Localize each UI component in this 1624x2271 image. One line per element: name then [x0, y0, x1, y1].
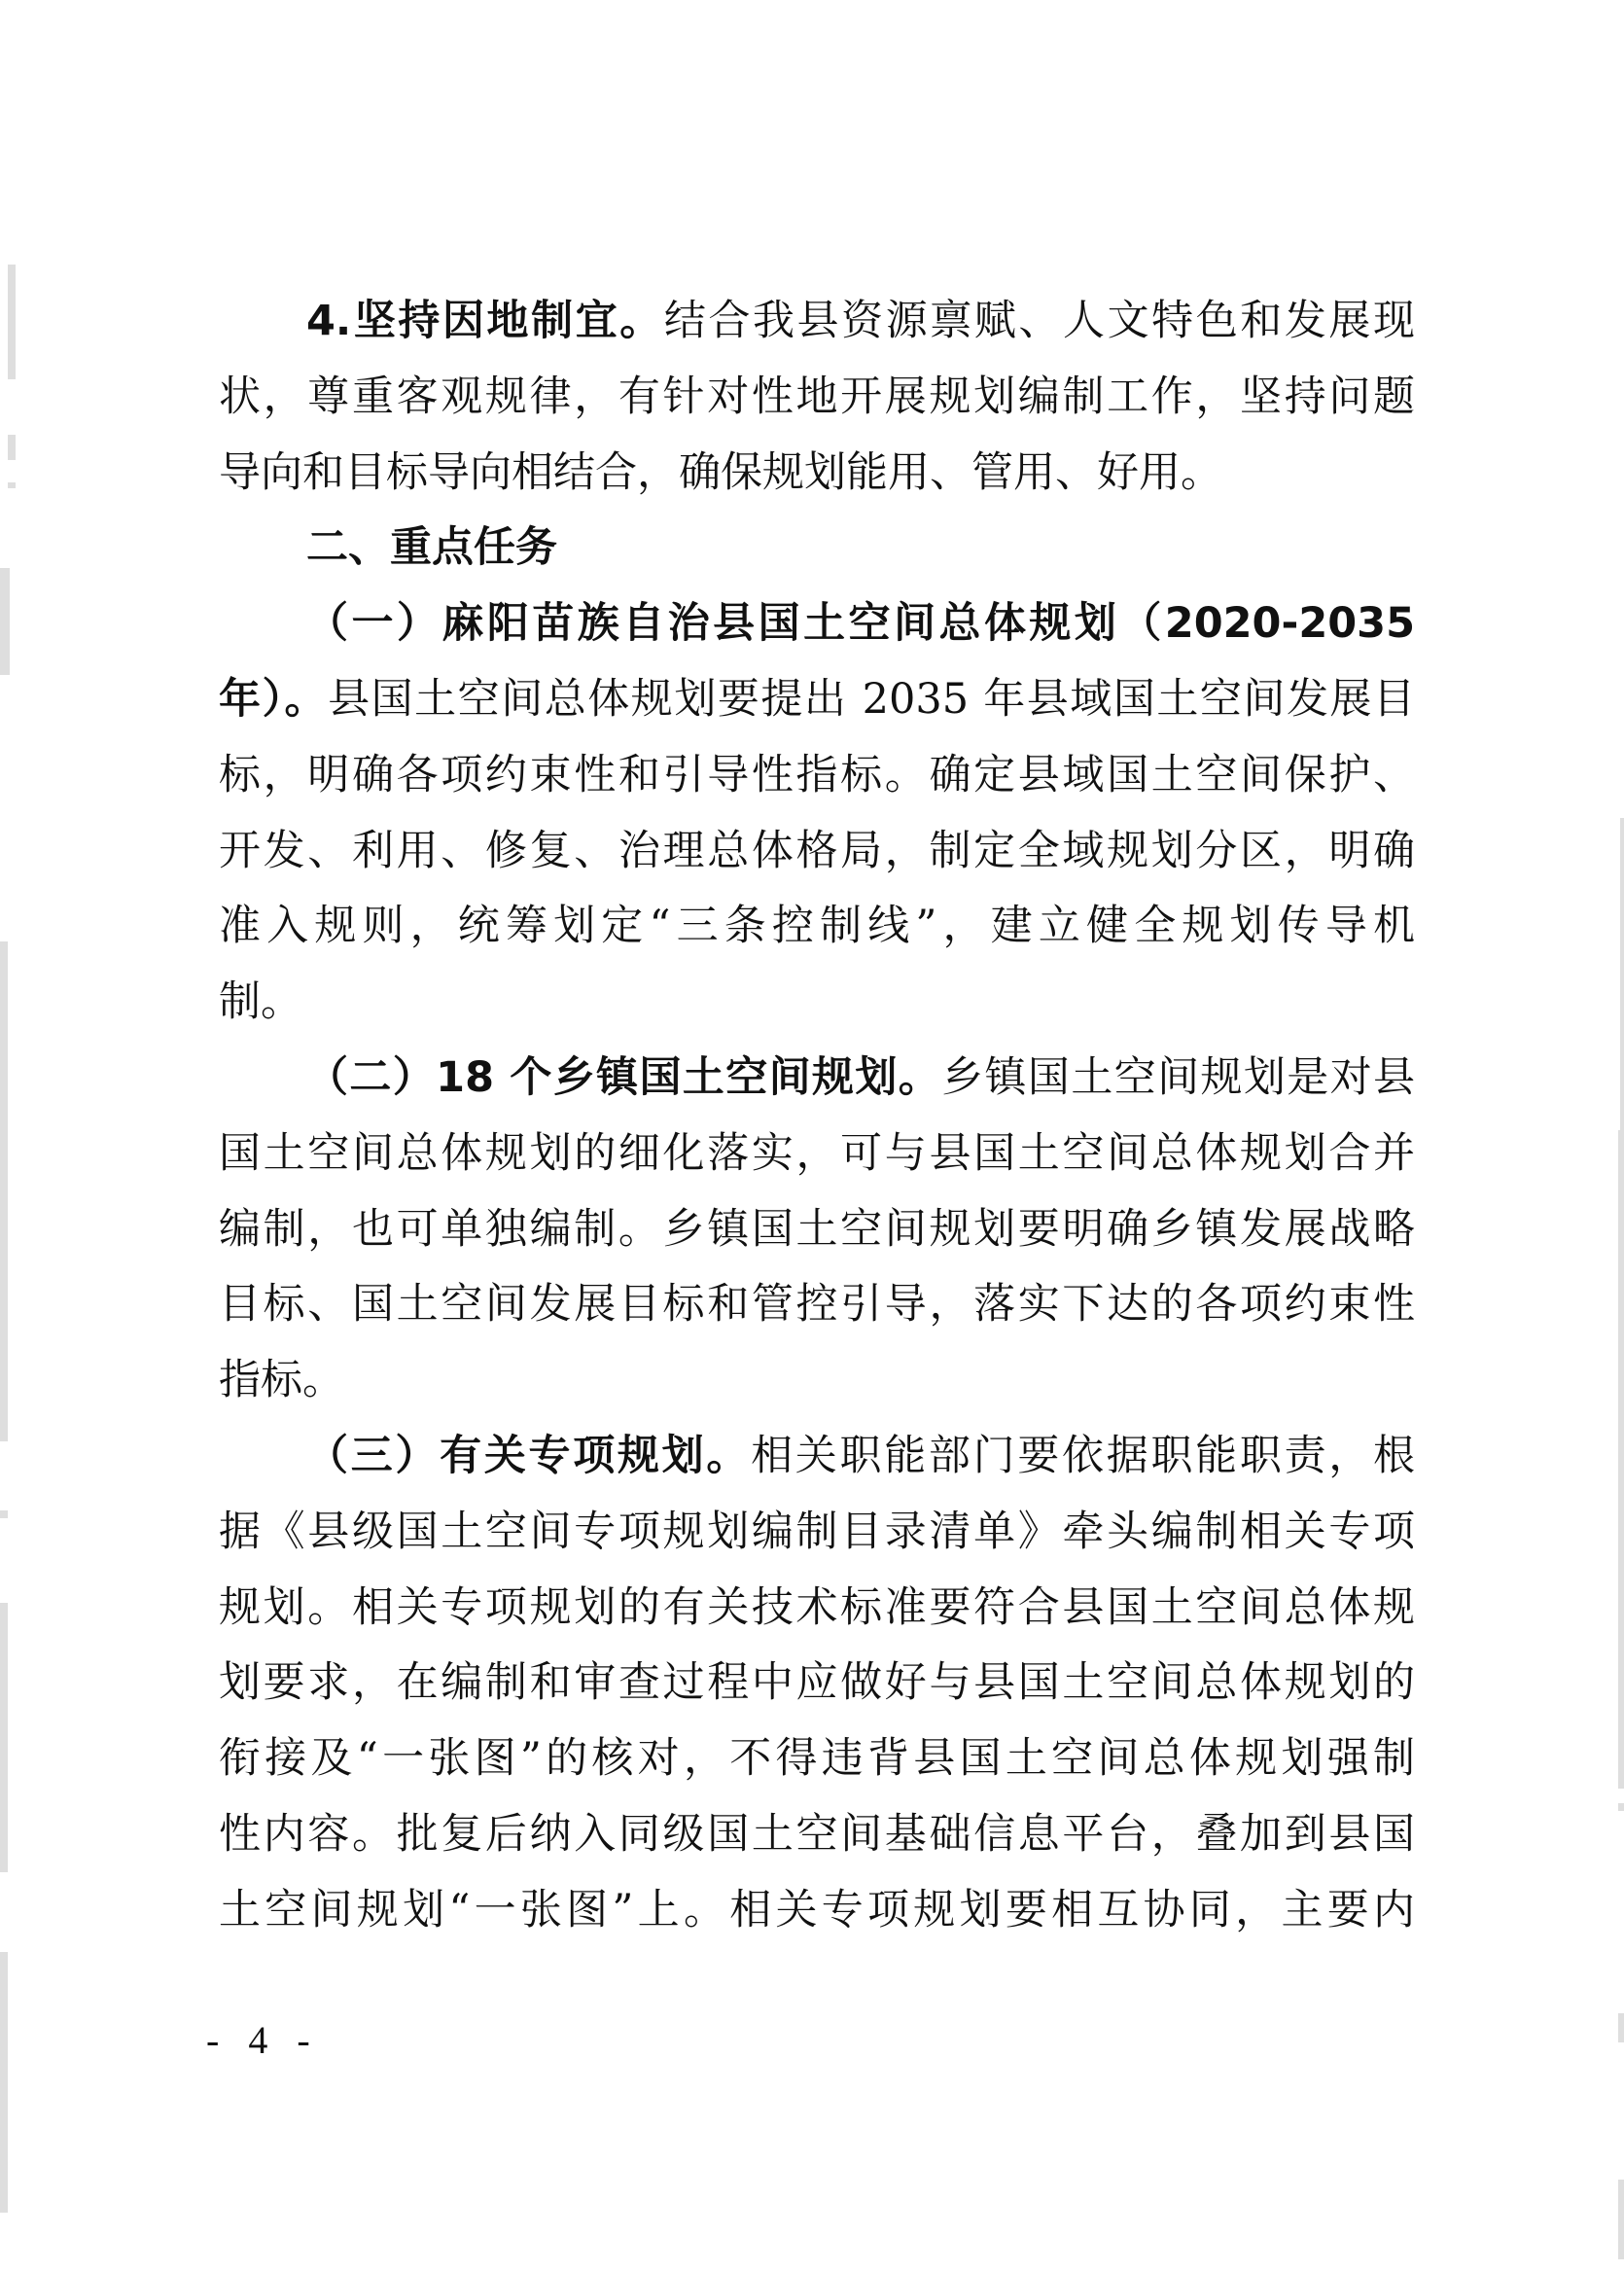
- body-text: 目标、国土空间发展目标和管控引导，落实下达的各项约束性: [219, 1280, 1415, 1329]
- heading-text: 4.坚持因地制宜。: [306, 297, 664, 345]
- text-line: 制。: [219, 975, 1415, 1029]
- body-text: 土空间规划“一张图”上。相关专项规划要相互协同，主要内: [219, 1886, 1415, 1934]
- text-line: 年）。县国土空间总体规划要提出 2035 年县域国土空间发展目: [219, 672, 1415, 727]
- body-text: 规划。相关专项规划的有关技术标准要符合县国土空间总体规: [219, 1583, 1415, 1632]
- scan-edge-mark: [8, 482, 16, 488]
- text-line: 性内容。批复后纳入同级国土空间基础信息平台，叠加到县国: [219, 1807, 1415, 1862]
- heading-text: （三）有关专项规划。: [306, 1432, 751, 1480]
- text-line: 划要求，在编制和审查过程中应做好与县国土空间总体规划的: [219, 1655, 1415, 1710]
- text-line: 标，明确各项约束性和引导性指标。确定县域国土空间保护、: [219, 748, 1415, 802]
- page-number: - 4 -: [206, 2017, 320, 2063]
- text-line: 衔接及“一张图”的核对，不得违背县国土空间总体规划强制: [219, 1731, 1415, 1786]
- text-line: 开发、利用、修复、治理总体格局，制定全域规划分区，明确: [219, 824, 1415, 878]
- body-text: 指标。: [219, 1356, 344, 1404]
- scan-edge-mark: [1618, 1803, 1624, 1811]
- text-line: 状，尊重客观规律，有针对性地开展规划编制工作，坚持问题: [219, 370, 1415, 424]
- text-line: 4.坚持因地制宜。结合我县资源禀赋、人文特色和发展现: [306, 294, 1415, 348]
- heading-text: 年）。: [219, 675, 328, 724]
- scan-edge-mark: [0, 1510, 8, 1518]
- heading-text: （二）18 个乡镇国土空间规划。: [306, 1053, 941, 1102]
- body-text: 县国土空间总体规划要提出 2035 年县域国土空间发展目: [328, 675, 1415, 724]
- scan-edge-mark: [1620, 818, 1624, 1130]
- scan-edge-mark: [8, 265, 16, 379]
- body-text: 标，明确各项约束性和引导性指标。确定县域国土空间保护、: [219, 751, 1415, 799]
- heading-text: （一）麻阳苗族自治县国土空间总体规划（2020-2035: [306, 599, 1415, 648]
- body-text: 编制，也可单独编制。乡镇国土空间规划要明确乡镇发展战略: [219, 1205, 1415, 1254]
- scan-edge-mark: [0, 568, 10, 675]
- scan-edge-mark: [8, 435, 16, 460]
- body-text: 准入规则，统筹划定“三条控制线”，建立健全规划传导机: [219, 902, 1415, 950]
- text-line: 准入规则，统筹划定“三条控制线”，建立健全规划传导机: [219, 899, 1415, 953]
- text-line: 目标、国土空间发展目标和管控引导，落实下达的各项约束性: [219, 1277, 1415, 1331]
- scan-edge-mark: [1618, 1130, 1624, 1789]
- text-line: （一）麻阳苗族自治县国土空间总体规划（2020-2035: [306, 596, 1415, 651]
- text-line: 土空间规划“一张图”上。相关专项规划要相互协同，主要内: [219, 1883, 1415, 1937]
- scan-edge-mark: [1618, 2013, 1624, 2042]
- body-text: 制。: [219, 977, 302, 1026]
- body-text: 划要求，在编制和审查过程中应做好与县国土空间总体规划的: [219, 1658, 1415, 1707]
- body-text: 相关职能部门要依据职能职责，根: [751, 1432, 1415, 1480]
- body-text: 导向和目标导向相结合，确保规划能用、管用、好用。: [219, 448, 1222, 497]
- body-text: 结合我县资源禀赋、人文特色和发展现: [664, 297, 1415, 345]
- body-text: 据《县级国土空间专项规划编制目录清单》牵头编制相关专项: [219, 1508, 1415, 1556]
- text-line: 据《县级国土空间专项规划编制目录清单》牵头编制相关专项: [219, 1505, 1415, 1559]
- body-text: 乡镇国土空间规划是对县: [941, 1053, 1415, 1102]
- body-text: 性内容。批复后纳入同级国土空间基础信息平台，叠加到县国: [219, 1810, 1415, 1859]
- scan-edge-mark: [0, 1603, 8, 1872]
- body-text: 衔接及“一张图”的核对，不得违背县国土空间总体规划强制: [219, 1734, 1415, 1783]
- heading-text: 二、重点任务: [306, 523, 557, 572]
- body-text: 状，尊重客观规律，有针对性地开展规划编制工作，坚持问题: [219, 373, 1415, 421]
- text-line: 规划。相关专项规划的有关技术标准要符合县国土空间总体规: [219, 1580, 1415, 1635]
- body-text: 开发、利用、修复、治理总体格局，制定全域规划分区，明确: [219, 827, 1415, 875]
- text-line: （二）18 个乡镇国土空间规划。乡镇国土空间规划是对县: [306, 1050, 1415, 1105]
- text-line: 编制，也可单独编制。乡镇国土空间规划要明确乡镇发展战略: [219, 1202, 1415, 1257]
- text-line: 导向和目标导向相结合，确保规划能用、管用、好用。: [219, 445, 1415, 500]
- scan-edge-mark: [0, 1952, 8, 2213]
- text-line: （三）有关专项规划。相关职能部门要依据职能职责，根: [306, 1429, 1415, 1483]
- scan-edge-mark: [0, 941, 8, 1441]
- text-line: 指标。: [219, 1353, 1415, 1407]
- scan-edge-mark: [1618, 2180, 1624, 2259]
- document-page: 4.坚持因地制宜。结合我县资源禀赋、人文特色和发展现状，尊重客观规律，有针对性地…: [0, 0, 1624, 2271]
- body-text: 国土空间总体规划的细化落实，可与县国土空间总体规划合并: [219, 1129, 1415, 1178]
- text-line: 国土空间总体规划的细化落实，可与县国土空间总体规划合并: [219, 1126, 1415, 1181]
- text-line: 二、重点任务: [306, 520, 1415, 575]
